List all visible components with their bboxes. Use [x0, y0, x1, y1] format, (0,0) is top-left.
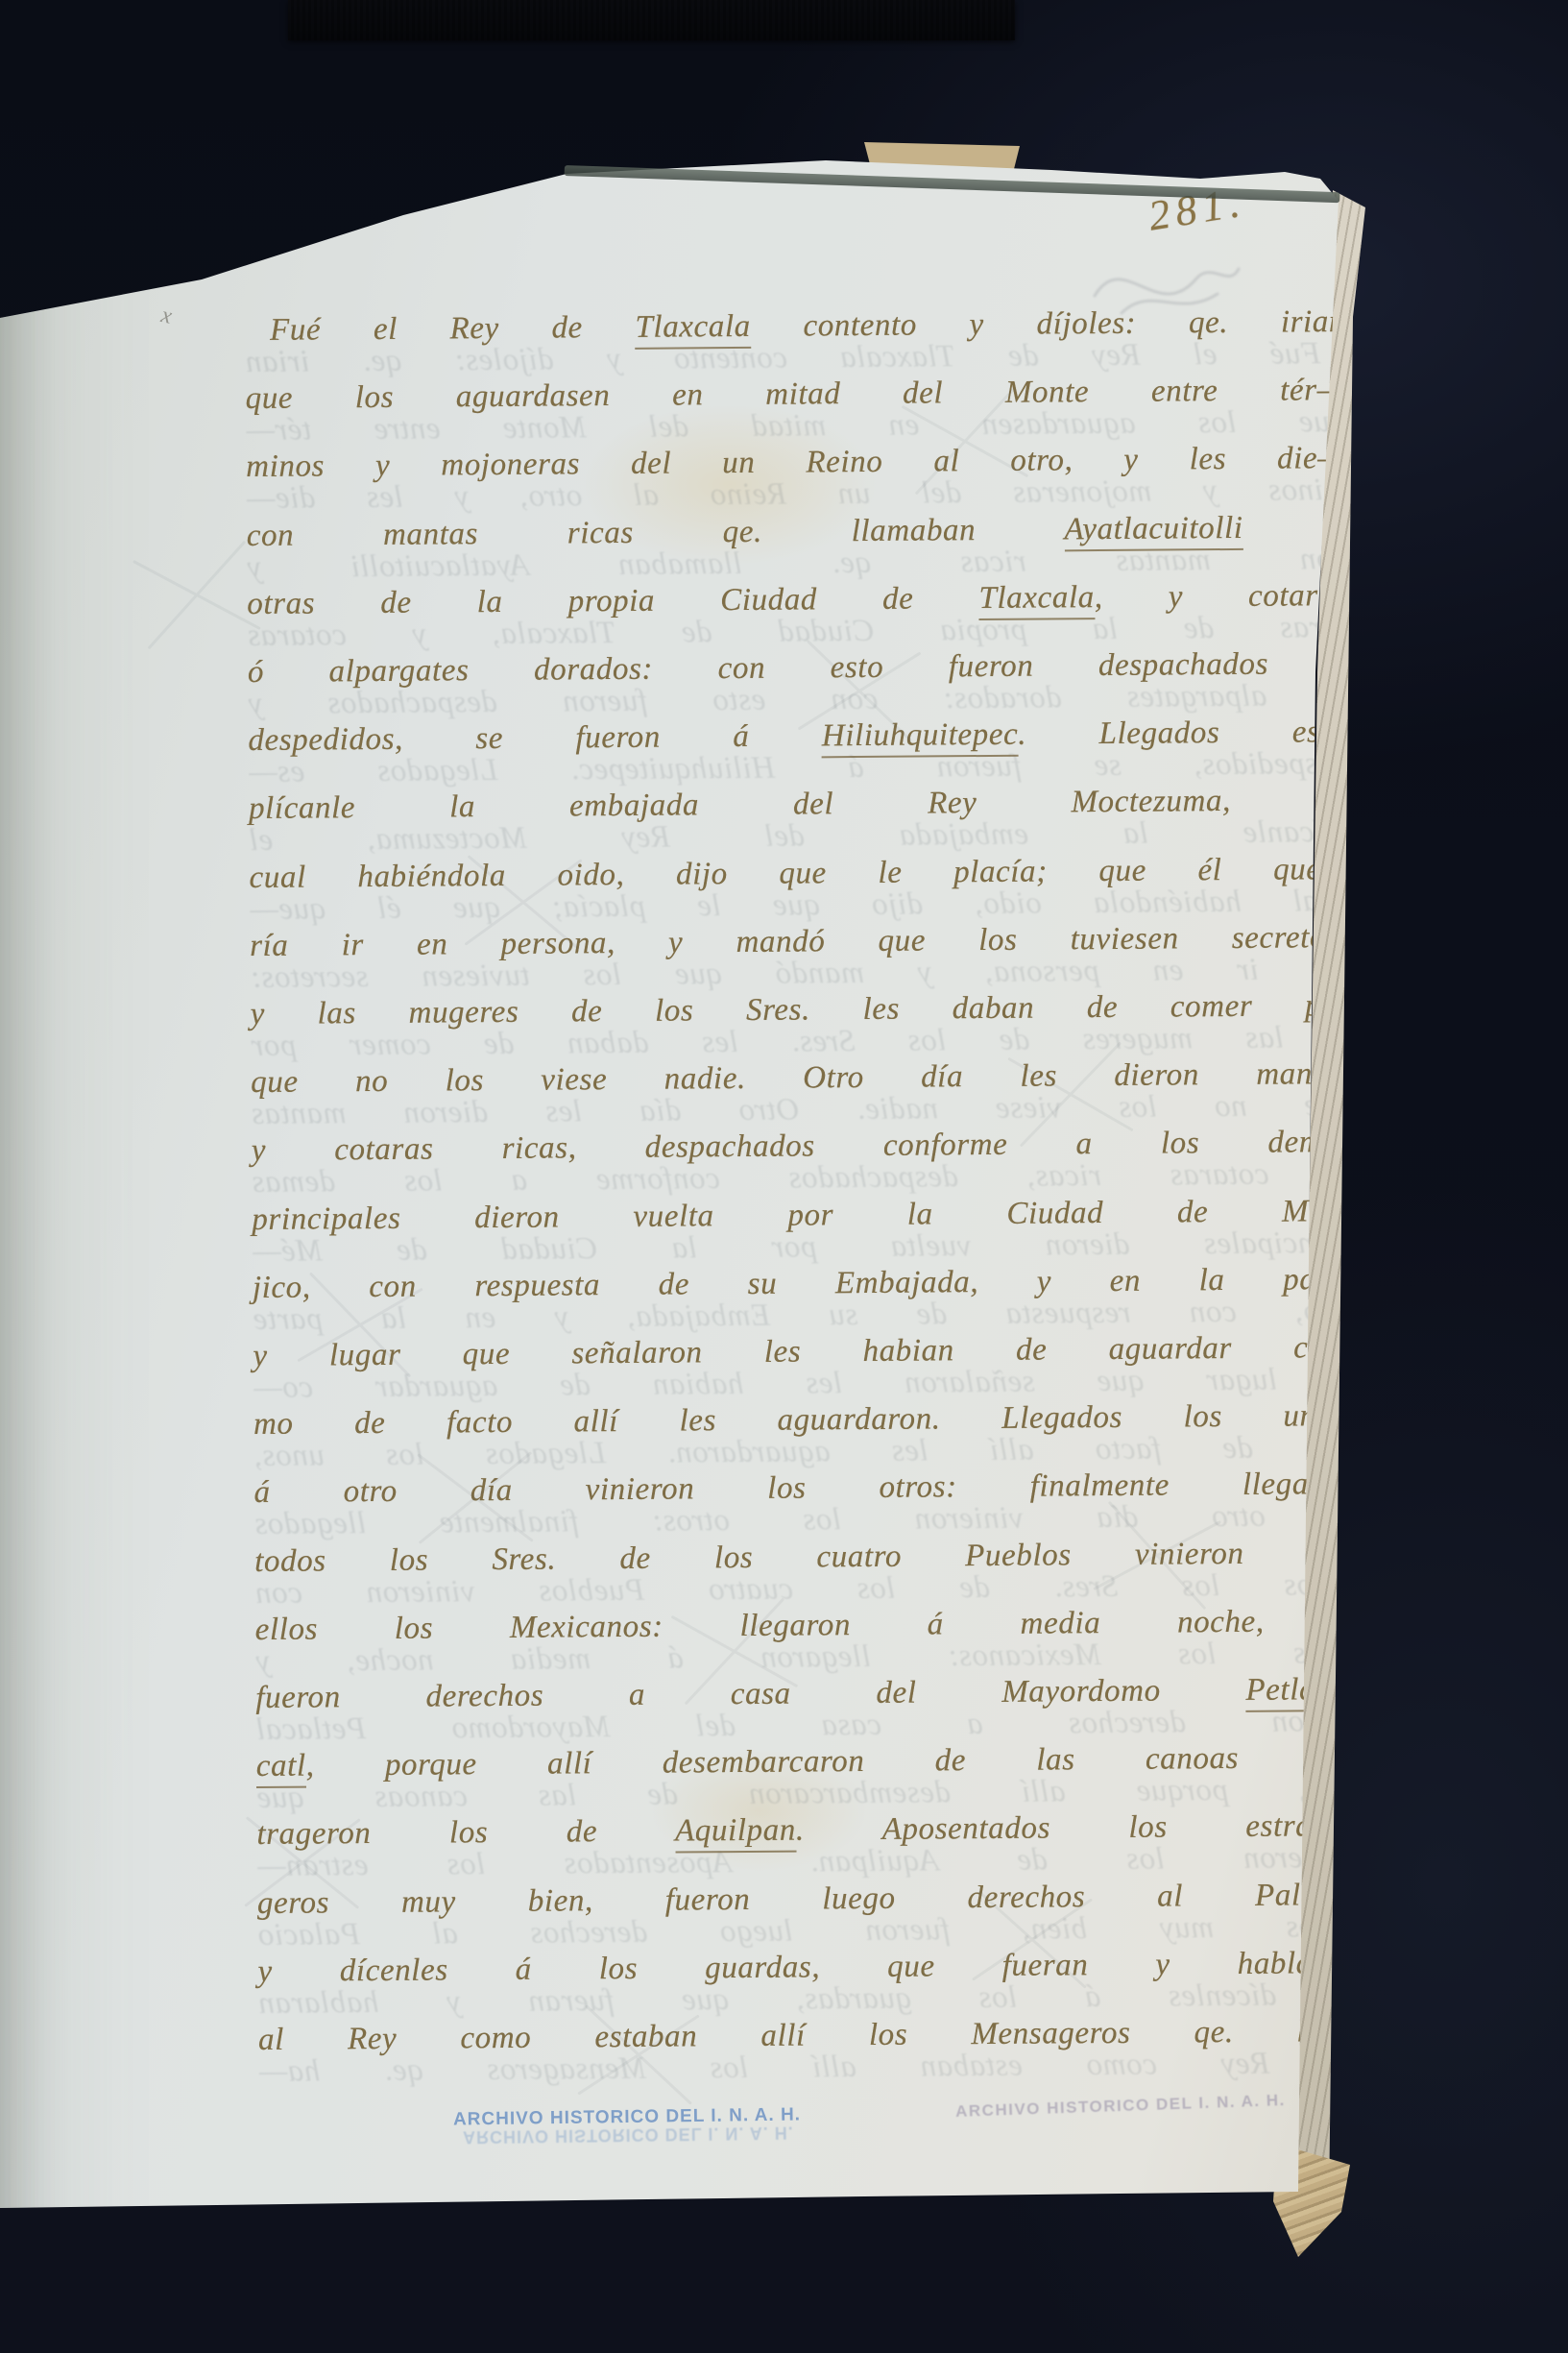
underlined-word: Petlacal [1245, 1672, 1356, 1712]
manuscript-line: y dícenles á los guardas, que fueran y h… [257, 1942, 1358, 2001]
manuscript-line: al Rey como estaban allí los Mensageros … [258, 2010, 1359, 2069]
ghost-x-mark [449, 842, 597, 962]
line-text: minos y mojoneras del un Reino al otro, … [246, 441, 1346, 484]
underlined-word: Ayatlacuitolli [1064, 510, 1243, 550]
line-text: plícanle la embajada del Rey Moctezuma, … [249, 783, 1349, 826]
underlined-word: catl [256, 1749, 306, 1788]
manuscript-line: catl, porque allí desembarcaron de las c… [256, 1736, 1357, 1795]
ghost-x-mark [885, 374, 1046, 510]
line-text: y cotaras ricas, despachados conforme a … [252, 1125, 1352, 1168]
manuscript-line: que no los viese nadie. Otro día les die… [251, 1053, 1351, 1111]
line-text: con mantas ricas qe. llamaban [247, 512, 1065, 553]
line-text: y dícenles á los guardas, que fueran y h… [257, 1946, 1358, 1989]
line-text: que no los viese nadie. Otro día les die… [251, 1056, 1351, 1100]
manuscript-line: Fué el Rey de Tlaxcala contento y díjole… [245, 301, 1345, 359]
ghost-x-mark [229, 1805, 375, 1923]
ghost-x-mark [280, 1258, 439, 1393]
line-text: . Aposentados los estran— [796, 1808, 1358, 1848]
manuscript-line: con mantas ricas qe. llamaban Ayatlacuit… [247, 506, 1347, 565]
line-text: despedidos, se fueron á [248, 719, 822, 759]
ghost-x-mark [1076, 1487, 1239, 1625]
line-text: y las mugeres de los Sres. les daban de … [251, 988, 1351, 1031]
line-text: mo de facto allí les aguardaron. Llegado… [253, 1398, 1354, 1442]
line-text: que los aguardasen en mitad del Monte en… [245, 373, 1345, 416]
line-text: , porque allí desembarcaron de las canoa… [306, 1740, 1357, 1783]
ghost-x-mark [562, 1992, 715, 2120]
line-text: geros muy bien, fueron luego derechos al… [257, 1878, 1358, 1921]
line-text: . Llegados es— [1018, 715, 1348, 752]
scanned-manuscript-photo: 281. x Fué el Rey de Tlaxcala contento y… [0, 0, 1568, 2353]
ghost-x-mark [402, 1440, 548, 1558]
manuscript-line: plícanle la embajada del Rey Moctezuma, … [249, 779, 1349, 837]
manuscript-line: y cotaras ricas, despachados conforme a … [252, 1121, 1352, 1179]
underlined-word: Aquilpan [675, 1813, 796, 1854]
manuscript-line: y las mugeres de los Sres. les daban de … [250, 984, 1350, 1043]
ghost-x-mark [655, 1584, 815, 1720]
line-text: otras de la propia Ciudad de [247, 581, 978, 621]
ghost-x-mark [991, 1028, 1149, 1162]
line-text: principales dieron vuelta por la Ciudad … [252, 1194, 1352, 1237]
manuscript-line: cual habiéndola oido, dijo que le placía… [249, 848, 1349, 907]
manuscript-text-block: Fué el Rey de Tlaxcala contento y díjole… [242, 0, 1361, 2353]
manuscript-line: minos y mojoneras del un Reino al otro, … [246, 437, 1346, 496]
line-text: contento y díjoles: qe. irian [751, 304, 1346, 344]
manuscript-line: geros muy bien, fueron luego derechos al… [257, 1874, 1358, 1932]
manuscript-line: principales dieron vuelta por la Ciudad … [252, 1190, 1352, 1249]
manuscript-line: otras de la propia Ciudad de Tlaxcala, y… [247, 574, 1347, 633]
book-cover-band [288, 0, 1015, 40]
underlined-word: Tlaxcala [635, 309, 751, 350]
manuscript-line: ría ir en persona, y mandó que los tuvie… [250, 916, 1350, 975]
manuscript-line: trageron los de Aquilpan. Aposentados lo… [256, 1805, 1357, 1863]
ghost-x-mark [116, 526, 278, 665]
line-text: ría ir en persona, y mandó que los tuvie… [250, 920, 1350, 963]
manuscript-line: que los aguardasen en mitad del Monte en… [245, 369, 1345, 427]
ghost-x-mark [782, 626, 937, 756]
line-text: , y cotaras [1095, 578, 1348, 615]
line-text: al Rey como estaban allí los Mensageros … [258, 2014, 1359, 2057]
line-text: cual habiéndola oido, dijo que le placía… [249, 852, 1349, 895]
line-text: Fué el Rey de [270, 310, 636, 348]
underlined-word: Tlaxcala [978, 580, 1095, 620]
ghost-x-mark [956, 1878, 1108, 2002]
